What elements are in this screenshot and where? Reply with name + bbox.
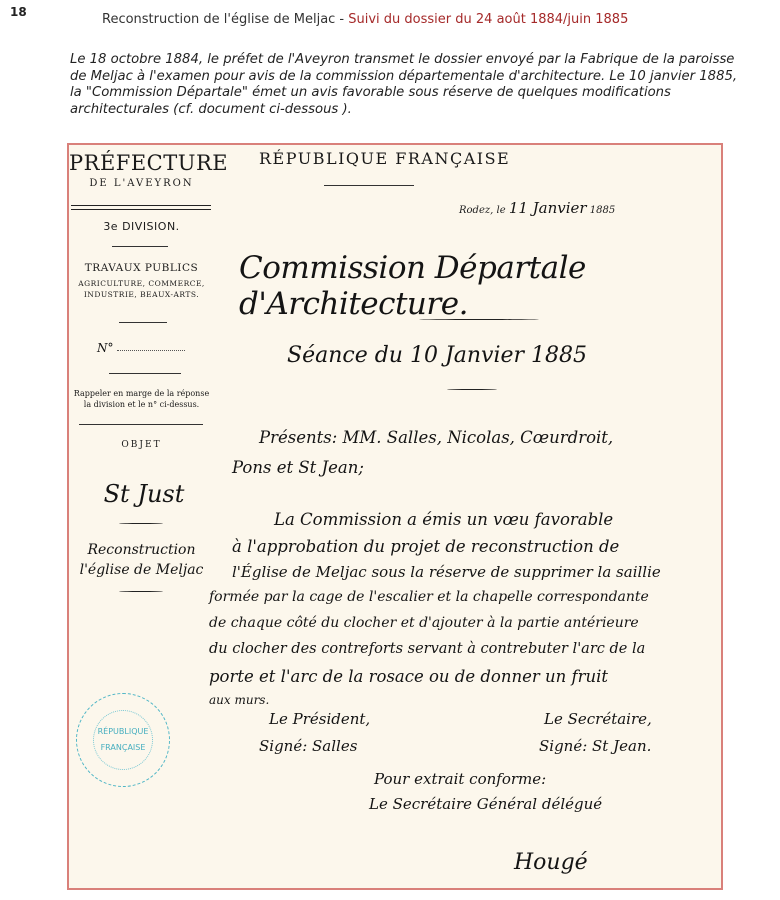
objet-place: St Just [79,480,209,508]
service-title: TRAVAUX PUBLICS [69,262,214,274]
page-header: Reconstruction de l'église de Meljac - S… [102,12,628,27]
body-line: porte et l'arc de la rosace ou de donner… [209,667,608,686]
objet-line-1: Reconstruction [69,540,214,560]
body-line: du clocher des contreforts servant à con… [209,641,645,657]
body-line: formée par la cage de l'escalier et la c… [209,589,649,605]
numero-label: N° [97,341,114,355]
commission-title: Commission Départale d'Architecture. [239,250,721,322]
flourish [419,319,539,320]
handwritten-date: 11 Janvier [509,199,587,217]
ornament-rule [119,322,167,323]
ornament-rule [324,185,414,186]
place-label: Rodez, le [459,205,506,216]
body-line: aux murs. [209,693,269,707]
header-subtitle: Suivi du dossier du 24 août 1884/juin 18… [348,12,628,27]
stamp-inner-ring [93,710,153,770]
stamp-line-2: FRANÇAISE [77,743,169,752]
header-title: Reconstruction de l'église de Meljac - [102,12,348,27]
division-label: 3e DIVISION. [69,220,214,233]
page-number: 18 [10,5,27,19]
objet-line-2: l'église de Meljac [69,560,214,580]
service-detail-line-2: INDUSTRIE, BEAUX-ARTS. [69,289,214,300]
body-line: de chaque côté du clocher et d'ajouter à… [209,615,639,631]
seance-date: Séance du 10 Janvier 1885 [287,343,587,368]
stamp-line-1: RÉPUBLIQUE [77,727,169,736]
flourish [119,523,163,524]
body-line: La Commission a émis un vœu favorable [274,510,613,529]
reminder-line-2: la division et le n° ci-dessus. [69,399,214,410]
flourish [447,389,497,390]
handwritten-signature: Hougé [514,850,588,875]
service-detail: AGRICULTURE, COMMERCE, INDUSTRIE, BEAUX-… [69,278,214,300]
secretary-title: Le Secrétaire, [544,710,652,728]
republique-heading: RÉPUBLIQUE FRANÇAISE [259,149,510,168]
intro-paragraph: Le 18 octobre 1884, le préfet de l'Aveyr… [70,52,740,118]
section-rule [79,424,203,425]
service-detail-line-1: AGRICULTURE, COMMERCE, [69,278,214,289]
body-line: Pons et St Jean; [232,458,364,477]
conforme-line: Pour extrait conforme: [374,770,546,788]
date-year: 1885 [590,205,615,216]
reminder-line-1: Rappeler en marge de la réponse [69,388,214,399]
president-title: Le Président, [269,710,370,728]
objet-label: OBJET [69,440,214,450]
prefecture-title: PRÉFECTURE [69,151,214,175]
prefecture-stamp: RÉPUBLIQUE FRANÇAISE [76,693,170,787]
place-date: Rodez, le 11 Janvier 1885 [459,199,615,217]
archival-document-image: PRÉFECTURE DE L'AVEYRON 3e DIVISION. TRA… [67,143,723,890]
secretary-signed: Signé: St Jean. [539,737,651,755]
objet-description: Reconstruction l'église de Meljac [69,540,214,580]
short-rule-divider [112,246,168,247]
double-rule-divider [71,205,211,210]
reminder-note: Rappeler en marge de la réponse la divis… [69,388,214,410]
numero-dotted-line [117,350,185,351]
flourish [119,591,163,592]
ornament-rule [109,373,181,374]
body-line: l'Église de Meljac sous la réserve de su… [232,563,661,581]
prefecture-department: DE L'AVEYRON [69,178,214,189]
body-line: Présents: MM. Salles, Nicolas, Cœurdroit… [259,428,613,447]
body-line: à l'approbation du projet de reconstruct… [232,537,619,556]
secretary-general: Le Secrétaire Général délégué [369,795,602,813]
president-signed: Signé: Salles [259,737,357,755]
